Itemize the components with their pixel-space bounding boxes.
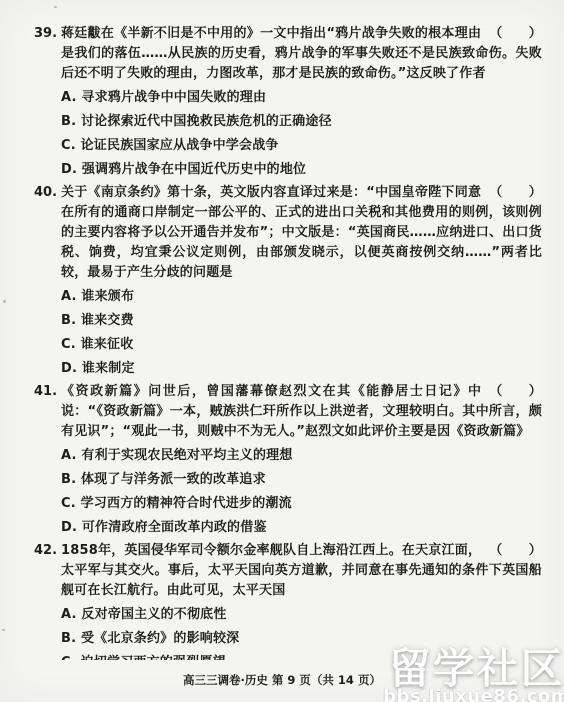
question-41: 41. （ ）《资政新篇》问世后，曾国藩幕僚赵烈文在其《能静居士日记》中说：“《… — [34, 382, 542, 538]
option-a: A. 谁来颁布 — [61, 287, 542, 307]
page-footer: 高三三调卷·历史 第 9 页（共 14 页） — [0, 672, 564, 688]
option-c: C. 迫切学习西方的强烈愿望 — [61, 653, 542, 660]
question-40: 40. （ ）关于《南京条约》第十条，英文版内容直译过来是：“中国皇帝陛下同意在… — [34, 183, 542, 379]
question-stem-text: 1858年，英国侵华军司令额尔金率舰队自上海沿江西上。在天京江面，太平军与其交火… — [61, 543, 542, 598]
question-stem: （ ）蒋廷黻在《半新不旧是不中用的》一文中指出“鸦片战争失败的根本理由是我们的落… — [61, 24, 542, 84]
option-b: B. 谁来交费 — [61, 311, 542, 331]
option-a: A. 寻求鸦片战争中中国失败的理由 — [61, 88, 542, 108]
question-body: （ ）关于《南京条约》第十条，英文版内容直译过来是：“中国皇帝陛下同意在所有的通… — [61, 183, 542, 379]
question-42: 42. （ ）1858年，英国侵华军司令额尔金率舰队自上海沿江西上。在天京江面，… — [34, 541, 542, 660]
question-stem-text: 蒋廷黻在《半新不旧是不中用的》一文中指出“鸦片战争失败的根本理由是我们的落伍……… — [61, 26, 542, 81]
option-c: C. 论证民族国家应从战争中学会战争 — [61, 136, 542, 156]
scan-speck — [3, 300, 6, 303]
answer-brackets: （ ） — [481, 183, 542, 203]
option-d: D. 强调鸦片战争在中国近代历史中的地位 — [61, 160, 542, 180]
question-body: （ ）《资政新篇》问世后，曾国藩幕僚赵烈文在其《能静居士日记》中说：“《资政新篇… — [61, 382, 542, 538]
question-stem-text: 《资政新篇》问世后，曾国藩幕僚赵烈文在其《能静居士日记》中说：“《资政新篇》一本… — [61, 384, 542, 439]
question-number: 42. — [34, 541, 61, 561]
option-c: C. 学习西方的精神符合时代进步的潮流 — [61, 494, 542, 514]
answer-brackets: （ ） — [481, 24, 542, 44]
option-b: B. 体现了与洋务派一致的改革追求 — [61, 470, 542, 490]
option-a: A. 有利于实现农民绝对平均主义的理想 — [61, 446, 542, 466]
answer-brackets: （ ） — [481, 382, 542, 402]
question-body: （ ）1858年，英国侵华军司令额尔金率舰队自上海沿江西上。在天京江面，太平军与… — [61, 541, 542, 660]
option-d: D. 可作清政府全面改革内政的借鉴 — [61, 518, 542, 538]
question-stem: （ ）《资政新篇》问世后，曾国藩幕僚赵烈文在其《能静居士日记》中说：“《资政新篇… — [61, 382, 542, 442]
question-number: 41. — [34, 382, 61, 402]
question-list: 39. （ ）蒋廷黻在《半新不旧是不中用的》一文中指出“鸦片战争失败的根本理由是… — [0, 0, 564, 660]
question-stem: （ ）关于《南京条约》第十条，英文版内容直译过来是：“中国皇帝陛下同意在所有的通… — [61, 183, 542, 283]
question-number: 39. — [34, 24, 61, 44]
scan-speck — [250, 168, 253, 170]
option-a: A. 反对帝国主义的不彻底性 — [61, 605, 542, 625]
scan-speck — [54, 6, 57, 8]
option-b: B. 受《北京条约》的影响较深 — [61, 629, 542, 649]
question-stem-text: 关于《南京条约》第十条，英文版内容直译过来是：“中国皇帝陛下同意在所有的通商口岸… — [61, 185, 542, 280]
option-c: C. 谁来征收 — [61, 335, 542, 355]
option-b: B. 讨论探索近代中国挽救民族危机的正确途径 — [61, 112, 542, 132]
watermark-url: bbs.liuxue86.com — [383, 688, 564, 702]
question-stem: （ ）1858年，英国侵华军司令额尔金率舰队自上海沿江西上。在天京江面，太平军与… — [61, 541, 542, 601]
scan-speck — [2, 629, 5, 631]
question-body: （ ）蒋廷黻在《半新不旧是不中用的》一文中指出“鸦片战争失败的根本理由是我们的落… — [61, 24, 542, 180]
answer-brackets: （ ） — [481, 541, 542, 561]
option-d: D. 谁来制定 — [61, 359, 542, 379]
exam-page: 39. （ ）蒋廷黻在《半新不旧是不中用的》一文中指出“鸦片战争失败的根本理由是… — [0, 0, 564, 702]
question-39: 39. （ ）蒋廷黻在《半新不旧是不中用的》一文中指出“鸦片战争失败的根本理由是… — [34, 24, 542, 180]
question-number: 40. — [34, 183, 61, 203]
